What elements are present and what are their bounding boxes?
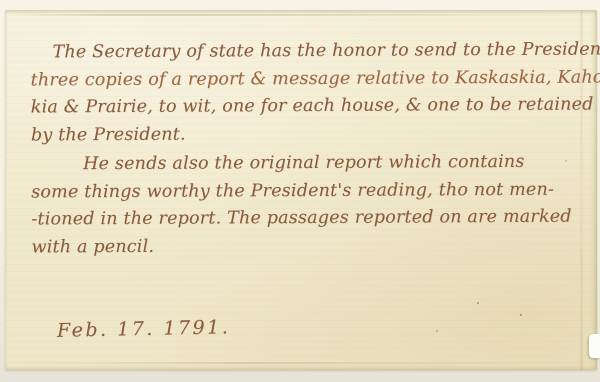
foxing-speck	[477, 302, 479, 304]
paper-crease-top	[5, 14, 597, 16]
manuscript-line: with a pencil.	[31, 231, 587, 261]
paragraph: The Secretary of state has the honor to …	[30, 37, 587, 150]
date-line: Feb. 17. 1791.	[57, 316, 231, 342]
manuscript-line: -tioned in the report. The passages repo…	[31, 204, 587, 234]
letter-page: The Secretary of state has the honor to …	[5, 10, 597, 370]
manuscript-line: kia & Prairie, to wit, one for each hous…	[31, 92, 587, 122]
foxing-speck	[565, 160, 567, 162]
manuscript-line: by the President.	[31, 119, 587, 149]
paper-crease-bottom	[5, 362, 597, 364]
manuscript-line: some things worthy the President's readi…	[31, 176, 587, 206]
manuscript-line: The Secretary of state has the honor to …	[30, 37, 586, 67]
document-scan: The Secretary of state has the honor to …	[0, 0, 600, 382]
manuscript-line: three copies of a report & message relat…	[31, 64, 587, 94]
foxing-speck	[436, 330, 438, 332]
manuscript-line: He sends also the original report which …	[31, 149, 587, 179]
paragraph: He sends also the original report which …	[31, 149, 588, 262]
letter-body: The Secretary of state has the honor to …	[30, 37, 587, 262]
paper-edge-chip	[589, 334, 600, 358]
foxing-speck	[520, 314, 522, 316]
